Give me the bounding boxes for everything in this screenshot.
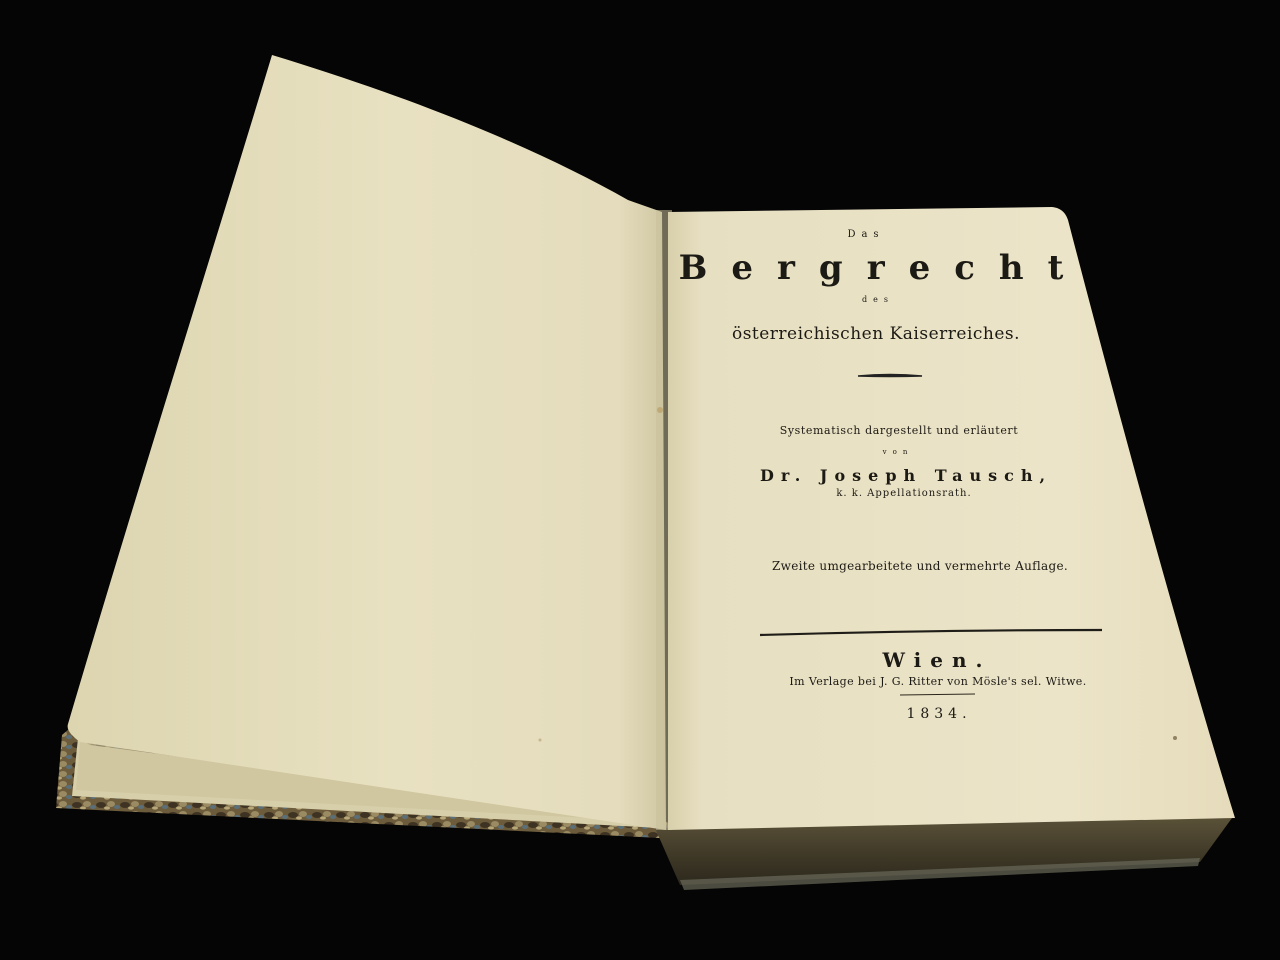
book-photo: Das Bergrecht des österreichischen Kaise…	[0, 0, 1280, 960]
short-rule	[858, 375, 922, 377]
left-flyleaf-page	[68, 55, 666, 830]
open-book-illustration	[0, 0, 1280, 960]
right-title-page	[668, 207, 1235, 830]
